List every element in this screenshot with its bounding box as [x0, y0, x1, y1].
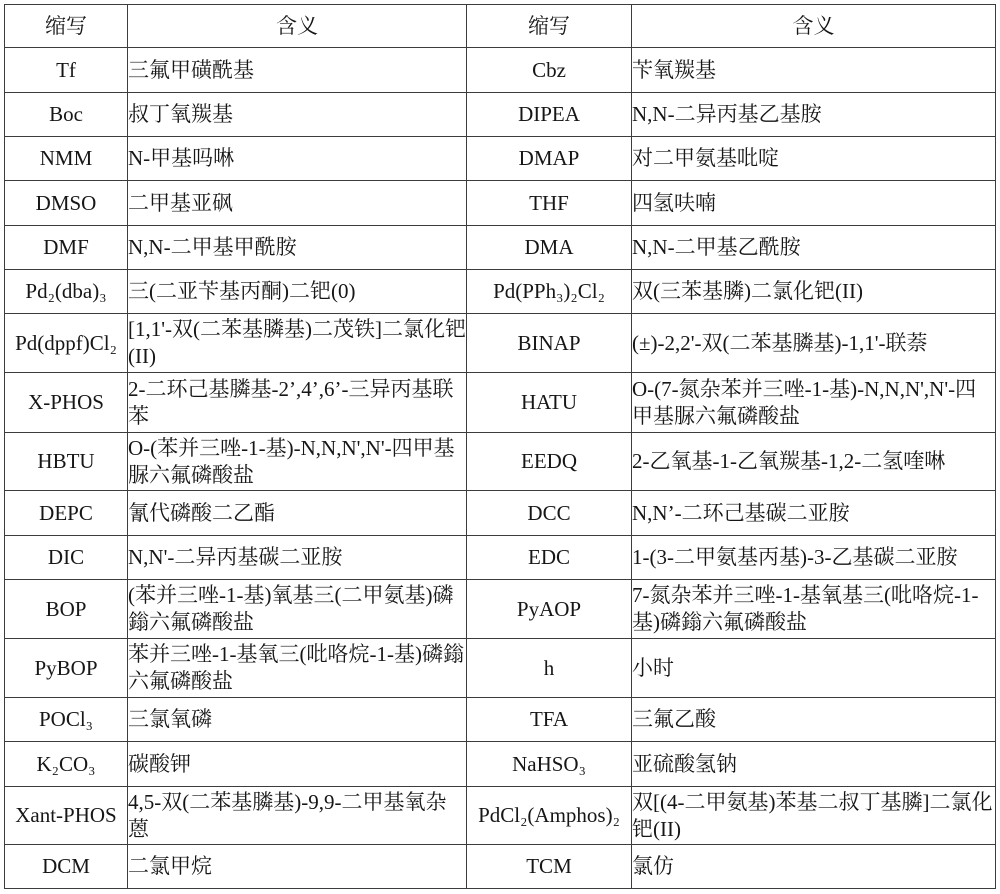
table-row: Boc 叔丁氧羰基 DIPEA N,N-二异丙基乙基胺: [5, 93, 996, 137]
abbreviation-cell: DIPEA: [467, 93, 632, 137]
meaning-cell: 双[(4-二甲氨基)苯基二叔丁基膦]二氯化钯(II): [632, 787, 996, 845]
abbreviation-cell: Xant-PHOS: [5, 787, 128, 845]
table-row: DCM 二氯甲烷 TCM 氯仿: [5, 845, 996, 889]
meaning-cell: 三氟乙酸: [632, 698, 996, 742]
abbreviation-table: 缩写 含义 缩写 含义 Tf 三氟甲磺酰基 Cbz 苄氧羰基 Boc 叔丁氧羰基…: [4, 4, 996, 889]
abbreviation-cell: X-PHOS: [5, 373, 128, 433]
meaning-cell: 小时: [632, 639, 996, 698]
meaning-cell: N,N-二甲基乙酰胺: [632, 226, 996, 270]
meaning-cell: O-(7-氮杂苯并三唑-1-基)-N,N,N',N'-四甲基脲六氟磷酸盐: [632, 373, 996, 433]
meaning-cell: 三氟甲磺酰基: [128, 48, 467, 93]
table-row: X-PHOS 2-二环己基膦基-2’,4’,6’-三异丙基联苯 HATU O-(…: [5, 373, 996, 433]
abbreviation-cell: PdCl₂(Amphos)₂: [467, 787, 632, 845]
abbreviation-cell: Pd(PPh₃)₂Cl₂: [467, 270, 632, 314]
meaning-cell: N,N-二异丙基乙基胺: [632, 93, 996, 137]
table-row: PyBOP 苯并三唑-1-基氧三(吡咯烷-1-基)磷鎓六氟磷酸盐 h 小时: [5, 639, 996, 698]
abbreviation-cell: PyBOP: [5, 639, 128, 698]
meaning-cell: 叔丁氧羰基: [128, 93, 467, 137]
abbreviation-cell: K₂CO₃: [5, 742, 128, 787]
meaning-cell: 碳酸钾: [128, 742, 467, 787]
abbreviation-cell: Pd(dppf)Cl₂: [5, 314, 128, 373]
abbreviation-cell: DMAP: [467, 137, 632, 181]
abbreviation-cell: DMF: [5, 226, 128, 270]
abbreviation-cell: TFA: [467, 698, 632, 742]
abbreviation-cell: DCM: [5, 845, 128, 889]
table-header-row: 缩写 含义 缩写 含义: [5, 5, 996, 48]
meaning-cell: 4,5-双(二苯基膦基)-9,9-二甲基氧杂蒽: [128, 787, 467, 845]
meaning-cell: 四氢呋喃: [632, 181, 996, 226]
header-meaning-right: 含义: [632, 5, 996, 48]
meaning-cell: 三氯氧磷: [128, 698, 467, 742]
meaning-cell: 氰代磷酸二乙酯: [128, 491, 467, 536]
meaning-cell: 亚硫酸氢钠: [632, 742, 996, 787]
abbreviation-cell: EEDQ: [467, 433, 632, 491]
meaning-cell: 1-(3-二甲氨基丙基)-3-乙基碳二亚胺: [632, 536, 996, 580]
table-row: DMSO 二甲基亚砜 THF 四氢呋喃: [5, 181, 996, 226]
header-meaning-left: 含义: [128, 5, 467, 48]
abbreviation-cell: Boc: [5, 93, 128, 137]
table-row: DMF N,N-二甲基甲酰胺 DMA N,N-二甲基乙酰胺: [5, 226, 996, 270]
abbreviation-cell: DIC: [5, 536, 128, 580]
abbreviation-cell: HBTU: [5, 433, 128, 491]
table-row: Pd(dppf)Cl₂ [1,1'-双(二苯基膦基)二茂铁]二氯化钯(II) B…: [5, 314, 996, 373]
meaning-cell: 2-乙氧基-1-乙氧羰基-1,2-二氢喹啉: [632, 433, 996, 491]
abbreviation-cell: Pd₂(dba)₃: [5, 270, 128, 314]
meaning-cell: N-甲基吗啉: [128, 137, 467, 181]
abbreviation-cell: NMM: [5, 137, 128, 181]
meaning-cell: 二氯甲烷: [128, 845, 467, 889]
header-abbreviation-left: 缩写: [5, 5, 128, 48]
header-abbreviation-right: 缩写: [467, 5, 632, 48]
table-row: DEPC 氰代磷酸二乙酯 DCC N,N’-二环己基碳二亚胺: [5, 491, 996, 536]
table-row: Pd₂(dba)₃ 三(二亚苄基丙酮)二钯(0) Pd(PPh₃)₂Cl₂ 双(…: [5, 270, 996, 314]
abbreviation-cell: POCl₃: [5, 698, 128, 742]
abbreviation-cell: Tf: [5, 48, 128, 93]
meaning-cell: 苄氧羰基: [632, 48, 996, 93]
meaning-cell: [1,1'-双(二苯基膦基)二茂铁]二氯化钯(II): [128, 314, 467, 373]
abbreviation-cell: PyAOP: [467, 580, 632, 639]
table-row: NMM N-甲基吗啉 DMAP 对二甲氨基吡啶: [5, 137, 996, 181]
meaning-cell: 氯仿: [632, 845, 996, 889]
abbreviation-cell: TCM: [467, 845, 632, 889]
table-row: HBTU O-(苯并三唑-1-基)-N,N,N',N'-四甲基脲六氟磷酸盐 EE…: [5, 433, 996, 491]
abbreviation-cell: NaHSO₃: [467, 742, 632, 787]
meaning-cell: 二甲基亚砜: [128, 181, 467, 226]
table-row: POCl₃ 三氯氧磷 TFA 三氟乙酸: [5, 698, 996, 742]
meaning-cell: 苯并三唑-1-基氧三(吡咯烷-1-基)磷鎓六氟磷酸盐: [128, 639, 467, 698]
meaning-cell: 对二甲氨基吡啶: [632, 137, 996, 181]
table-row: BOP (苯并三唑-1-基)氧基三(二甲氨基)磷鎓六氟磷酸盐 PyAOP 7-氮…: [5, 580, 996, 639]
abbreviation-cell: DEPC: [5, 491, 128, 536]
table-row: Tf 三氟甲磺酰基 Cbz 苄氧羰基: [5, 48, 996, 93]
abbreviation-cell: DMA: [467, 226, 632, 270]
table-row: Xant-PHOS 4,5-双(二苯基膦基)-9,9-二甲基氧杂蒽 PdCl₂(…: [5, 787, 996, 845]
meaning-cell: N,N'-二异丙基碳二亚胺: [128, 536, 467, 580]
meaning-cell: (±)-2,2'-双(二苯基膦基)-1,1'-联萘: [632, 314, 996, 373]
meaning-cell: N,N’-二环己基碳二亚胺: [632, 491, 996, 536]
abbreviation-cell: h: [467, 639, 632, 698]
meaning-cell: (苯并三唑-1-基)氧基三(二甲氨基)磷鎓六氟磷酸盐: [128, 580, 467, 639]
abbreviation-cell: DCC: [467, 491, 632, 536]
table-row: K₂CO₃ 碳酸钾 NaHSO₃ 亚硫酸氢钠: [5, 742, 996, 787]
abbreviation-cell: DMSO: [5, 181, 128, 226]
abbreviation-cell: THF: [467, 181, 632, 226]
abbreviation-cell: EDC: [467, 536, 632, 580]
abbreviation-cell: HATU: [467, 373, 632, 433]
abbreviation-cell: BOP: [5, 580, 128, 639]
abbreviation-cell: Cbz: [467, 48, 632, 93]
meaning-cell: O-(苯并三唑-1-基)-N,N,N',N'-四甲基脲六氟磷酸盐: [128, 433, 467, 491]
meaning-cell: 三(二亚苄基丙酮)二钯(0): [128, 270, 467, 314]
table-row: DIC N,N'-二异丙基碳二亚胺 EDC 1-(3-二甲氨基丙基)-3-乙基碳…: [5, 536, 996, 580]
meaning-cell: N,N-二甲基甲酰胺: [128, 226, 467, 270]
abbreviation-cell: BINAP: [467, 314, 632, 373]
meaning-cell: 2-二环己基膦基-2’,4’,6’-三异丙基联苯: [128, 373, 467, 433]
meaning-cell: 7-氮杂苯并三唑-1-基氧基三(吡咯烷-1-基)磷鎓六氟磷酸盐: [632, 580, 996, 639]
meaning-cell: 双(三苯基膦)二氯化钯(II): [632, 270, 996, 314]
